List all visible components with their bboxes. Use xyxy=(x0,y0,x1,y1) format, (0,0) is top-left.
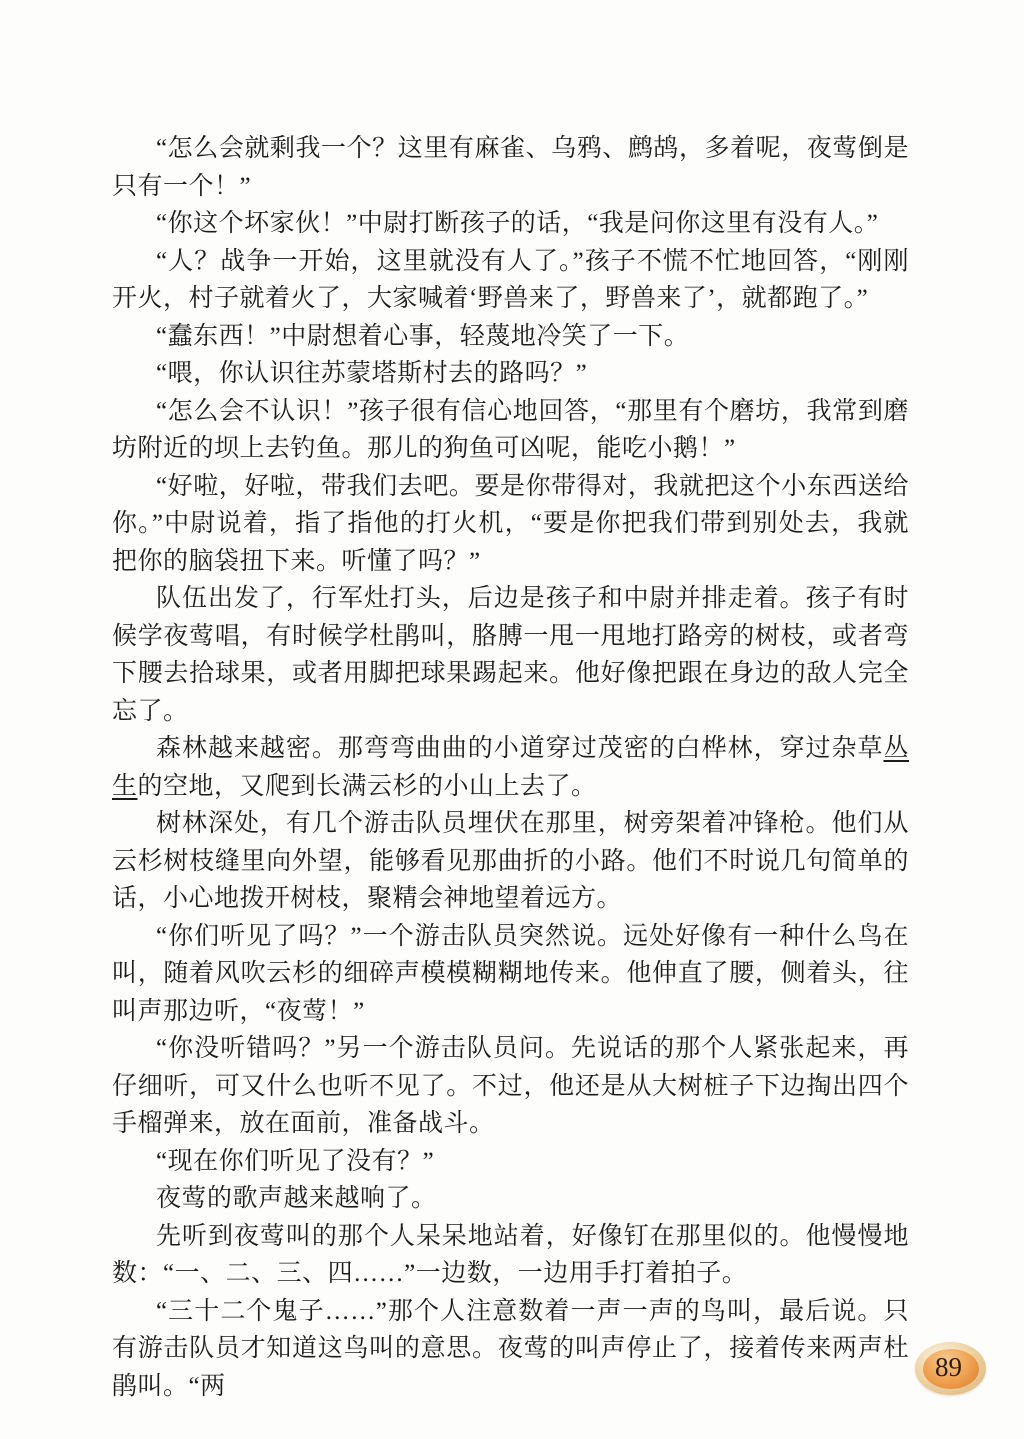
paragraph: “好啦，好啦，带我们去吧。要是你带得对，我就把这个小东西送给你。”中尉说着，指了… xyxy=(112,468,909,581)
paragraph-text: 森林越来越密。那弯弯曲曲的小道穿过茂密的白桦林，穿过杂草 xyxy=(156,735,883,762)
paragraph-text: “你这个坏家伙！”中尉打断孩子的话，“我是问你这里有没有人。” xyxy=(156,210,878,237)
paragraph-text: “怎么会就剩我一个？这里有麻雀、乌鸦、鹧鸪，多着呢，夜莺倒是只有一个！” xyxy=(112,135,909,200)
paragraph: “人？战争一开始，这里就没有人了。”孩子不慌不忙地回答，“刚刚开火，村子就着火了… xyxy=(112,243,909,318)
paragraph: “你这个坏家伙！”中尉打断孩子的话，“我是问你这里有没有人。” xyxy=(112,205,909,243)
paragraph: “怎么会就剩我一个？这里有麻雀、乌鸦、鹧鸪，多着呢，夜莺倒是只有一个！” xyxy=(112,130,909,205)
paragraph: 树林深处，有几个游击队员埋伏在那里，树旁架着冲锋枪。他们从云杉树枝缝里向外望，能… xyxy=(112,805,909,918)
paragraph: 夜莺的歌声越来越响了。 xyxy=(112,1180,909,1218)
story-text-column: “怎么会就剩我一个？这里有麻雀、乌鸦、鹧鸪，多着呢，夜莺倒是只有一个！” “你这… xyxy=(112,130,909,1405)
paragraph-text: “现在你们听见了没有？” xyxy=(156,1148,434,1175)
paragraph-text: 的空地，又爬到长满云杉的小山上去了。 xyxy=(138,773,597,800)
page-number-badge-inner: 89 xyxy=(923,1349,979,1389)
paragraph: 先听到夜莺叫的那个人呆呆地站着，好像钉在那里似的。他慢慢地数：“一、二、三、四…… xyxy=(112,1218,909,1293)
paragraph: “现在你们听见了没有？” xyxy=(112,1143,909,1181)
paragraph: “你没听错吗？”另一个游击队员问。先说话的那个人紧张起来，再仔细听，可又什么也听… xyxy=(112,1030,909,1143)
paragraph: “喂，你认识往苏蒙塔斯村去的路吗？” xyxy=(112,355,909,393)
paragraph-text: 树林深处，有几个游击队员埋伏在那里，树旁架着冲锋枪。他们从云杉树枝缝里向外望，能… xyxy=(112,810,909,912)
paragraph-text: “怎么会不认识！”孩子很有信心地回答，“那里有个磨坊，我常到磨坊附近的坝上去钓鱼… xyxy=(112,398,909,463)
page-number-badge: 89 xyxy=(915,1342,986,1395)
paragraph-text: “蠢东西！”中尉想着心事，轻蔑地冷笑了一下。 xyxy=(156,323,689,350)
paragraph: “蠢东西！”中尉想着心事，轻蔑地冷笑了一下。 xyxy=(112,318,909,356)
paragraph-text: 夜莺的歌声越来越响了。 xyxy=(156,1185,437,1212)
paragraph-text: 先听到夜莺叫的那个人呆呆地站着，好像钉在那里似的。他慢慢地数：“一、二、三、四…… xyxy=(112,1223,909,1288)
paragraph-text: “人？战争一开始，这里就没有人了。”孩子不慌不忙地回答，“刚刚开火，村子就着火了… xyxy=(112,248,909,313)
paragraph: “三十二个鬼子……”那个人注意数着一声一声的鸟叫，最后说。只有游击队员才知道这鸟… xyxy=(112,1293,909,1406)
textbook-page: “怎么会就剩我一个？这里有麻雀、乌鸦、鹧鸪，多着呢，夜莺倒是只有一个！” “你这… xyxy=(0,0,1024,1439)
paragraph-text: 队伍出发了，行军灶打头，后边是孩子和中尉并排走着。孩子有时候学夜莺唱，有时候学杜… xyxy=(112,585,909,725)
paragraph: “怎么会不认识！”孩子很有信心地回答，“那里有个磨坊，我常到磨坊附近的坝上去钓鱼… xyxy=(112,393,909,468)
paragraph-text: “你没听错吗？”另一个游击队员问。先说话的那个人紧张起来，再仔细听，可又什么也听… xyxy=(112,1035,909,1137)
paragraph-text: “好啦，好啦，带我们去吧。要是你带得对，我就把这个小东西送给你。”中尉说着，指了… xyxy=(112,473,909,575)
paragraph-text: “三十二个鬼子……”那个人注意数着一声一声的鸟叫，最后说。只有游击队员才知道这鸟… xyxy=(112,1298,909,1400)
page-number: 89 xyxy=(935,1354,962,1381)
paragraph-text: “你们听见了吗？”一个游击队员突然说。远处好像有一种什么鸟在叫，随着风吹云杉的细… xyxy=(112,923,909,1025)
paragraph-with-vocab: 森林越来越密。那弯弯曲曲的小道穿过茂密的白桦林，穿过杂草丛生的空地，又爬到长满云… xyxy=(112,730,909,805)
paragraph-text: “喂，你认识往苏蒙塔斯村去的路吗？” xyxy=(156,360,587,387)
paragraph: “你们听见了吗？”一个游击队员突然说。远处好像有一种什么鸟在叫，随着风吹云杉的细… xyxy=(112,918,909,1031)
paragraph: 队伍出发了，行军灶打头，后边是孩子和中尉并排走着。孩子有时候学夜莺唱，有时候学杜… xyxy=(112,580,909,730)
